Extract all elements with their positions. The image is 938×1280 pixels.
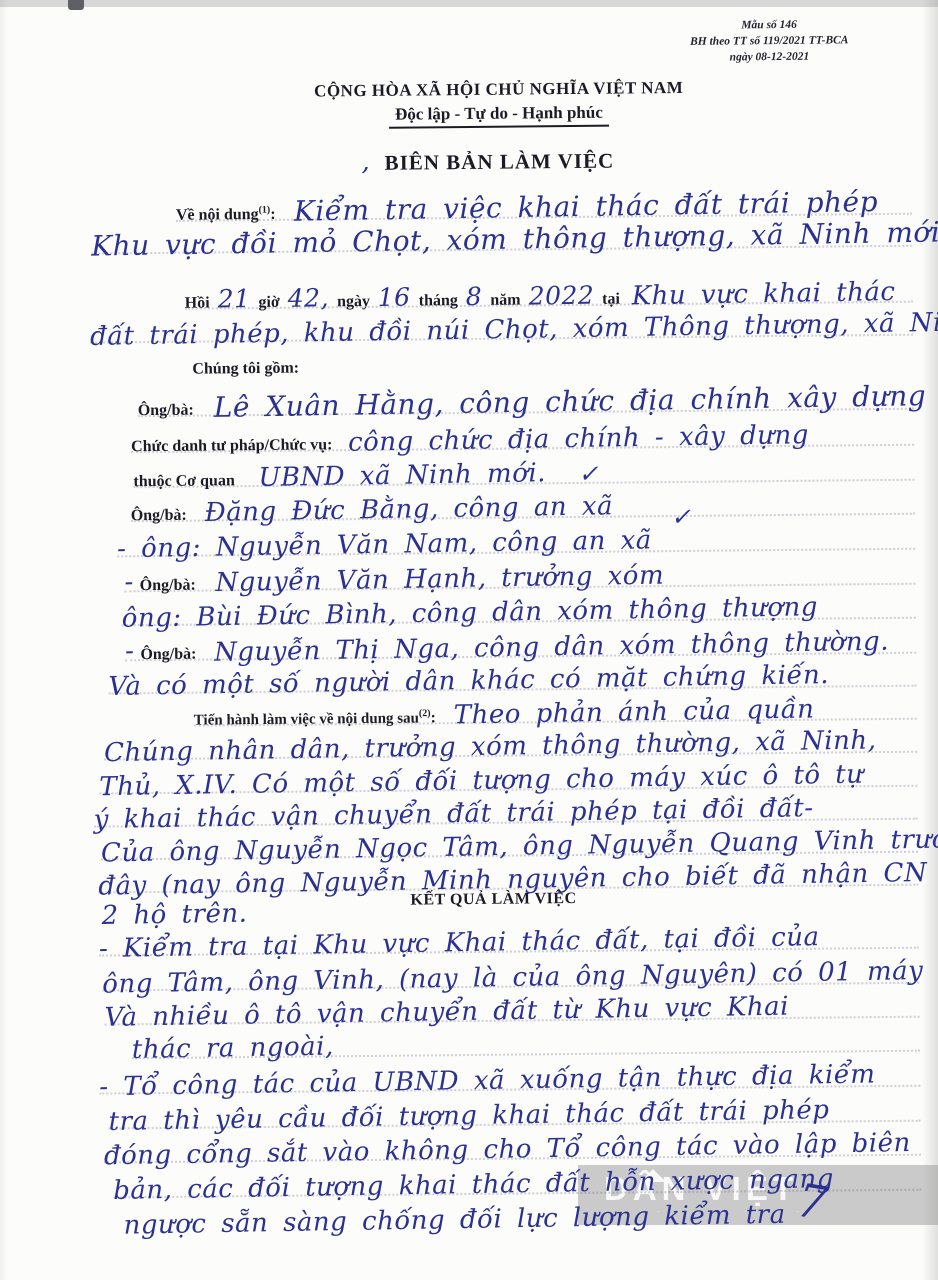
- participant-row: Chức danh tư pháp/Chức vụ: công chức địa…: [131, 421, 918, 459]
- work-footnote-ref: (2): [419, 708, 431, 719]
- work-handwriting: 2 hộ trên.: [101, 899, 247, 931]
- time-label-gio: giờ: [258, 294, 279, 311]
- participants-intro: Chúng tôi gồm:: [192, 354, 917, 379]
- time-month: 8: [466, 282, 483, 311]
- national-header: CỘNG HÒA XÃ HỘI CHỦ NGHĨA VIỆT NAM: [65, 76, 933, 104]
- row-label: Ông/bà:: [138, 402, 194, 420]
- work-colon: :: [431, 709, 436, 726]
- subject-footnote-ref: (1): [259, 205, 271, 216]
- motto-text: Độc lập - Tự do - Hạnh phúc: [389, 103, 609, 129]
- time-label-nam: năm: [490, 291, 520, 308]
- form-issue-date: ngày 08-12-2021: [634, 48, 904, 67]
- result-line: thác ra ngoài,: [132, 1027, 924, 1065]
- participants-intro-label: Chúng tôi gồm:: [192, 360, 299, 378]
- row-handwriting: Lê Xuân Hằng, công chức địa chính xây dự…: [214, 379, 927, 424]
- time-year: 2022: [528, 281, 594, 311]
- row-handwriting: Nguyễn Văn Hạnh, trưởng xóm: [216, 561, 665, 598]
- participant-row: Ông/bà: Lê Xuân Hằng, công chức địa chín…: [138, 382, 918, 422]
- row-label: thuộc Cơ quan: [133, 472, 235, 490]
- country-name: CỘNG HÒA XÃ HỘI CHỦ NGHĨA VIỆT NAM: [314, 78, 683, 101]
- check-mark: ✓: [578, 460, 599, 488]
- row-handwriting: công chức địa chính - xây dựng: [348, 420, 809, 458]
- row-label: Chức danh tư pháp/Chức vụ:: [131, 436, 332, 455]
- time-minute: 42,: [287, 283, 329, 313]
- title-text: BIÊN BẢN LÀM VIỆC: [385, 149, 615, 175]
- form-reference: Mẫu số 146 BH theo TT số 119/2021 TT-BCA…: [634, 16, 904, 67]
- subject-label: Về nội dung: [176, 206, 259, 224]
- result-line: - Tổ công tác của UBND xã xuống tận thực…: [99, 1062, 924, 1100]
- row-label: Ông/bà:: [140, 577, 196, 595]
- result-heading-row: KẾT QUẢ LÀM VIỆC: [410, 890, 576, 910]
- result-line: ông Tâm, ông Vinh, (nay là của ông Nguyê…: [102, 959, 923, 997]
- document-content: Mẫu số 146 BH theo TT số 119/2021 TT-BCA…: [0, 0, 938, 1280]
- row-handwriting: Đặng Đức Bằng, công an xã: [205, 491, 614, 528]
- work-intro-label: Tiến hành làm việc về nội dung sau: [194, 710, 419, 728]
- row-handwriting: UBND xã Ninh mới.: [259, 458, 547, 493]
- datetime-row-2: đất trái phép, khu đồi núi Chọt, xóm Thô…: [90, 311, 917, 349]
- row-handwriting: - ông: Nguyễn Văn Nam, công an xã: [117, 525, 652, 564]
- result-heading: KẾT QUẢ LÀM VIỆC: [410, 890, 576, 909]
- work-handwriting: Theo phản ánh của quần: [454, 694, 815, 730]
- document-title: BIÊN BẢN LÀM VIỆC: [65, 146, 933, 179]
- result-line: đóng cổng sắt vào không cho Tổ công tác …: [104, 1131, 925, 1169]
- hand-dash: -: [124, 567, 134, 597]
- time-hour: 21: [217, 284, 250, 314]
- participant-row: thuộc Cơ quan UBND xã Ninh mới. ✓: [133, 456, 918, 494]
- result-handwriting: thác ra ngoài,: [132, 1032, 334, 1065]
- time-label-thang: tháng: [419, 292, 458, 309]
- hand-dash: -: [125, 636, 135, 666]
- national-motto: Độc lập - Tự do - Hạnh phúc: [65, 100, 933, 132]
- work-line-last: 2 hộ trên.: [101, 899, 247, 930]
- row-handwriting: ông: Bùi Đức Bình, công dân xóm thông th…: [122, 592, 819, 634]
- time-label-ngay: ngày: [337, 293, 370, 310]
- row-label: Ông/bà:: [131, 507, 187, 525]
- scanned-document-page: DÂN VIỆT · · · · · · · · · · · · Mẫu số …: [0, 0, 938, 1280]
- participant-row: Ông/bà: Đặng Đức Bằng, công an xã ✓: [131, 490, 919, 528]
- row-label: Ông/bà:: [140, 646, 196, 664]
- participant-row: - ông: Nguyễn Văn Nam, công an xã: [117, 525, 919, 563]
- result-line: Và nhiều ô tô vận chuyển đất từ Khu vực …: [104, 993, 923, 1031]
- time-day: 16: [378, 282, 411, 312]
- subject-row-2: Khu vực đồi mỏ Chọt, xóm thông thượng, x…: [91, 219, 916, 260]
- location-handwriting-1: Khu vực khai thác: [632, 277, 896, 311]
- time-label-tai: tại: [602, 291, 620, 308]
- stray-pen-mark: ,: [361, 147, 370, 177]
- result-handwriting: ngược sẵn sàng chống đối lực lượng kiểm …: [123, 1200, 786, 1241]
- time-label-hoi: Hồi: [185, 294, 210, 311]
- subject-colon: :: [270, 206, 275, 223]
- participant-row: ông: Bùi Đức Bình, công dân xóm thông th…: [122, 594, 920, 632]
